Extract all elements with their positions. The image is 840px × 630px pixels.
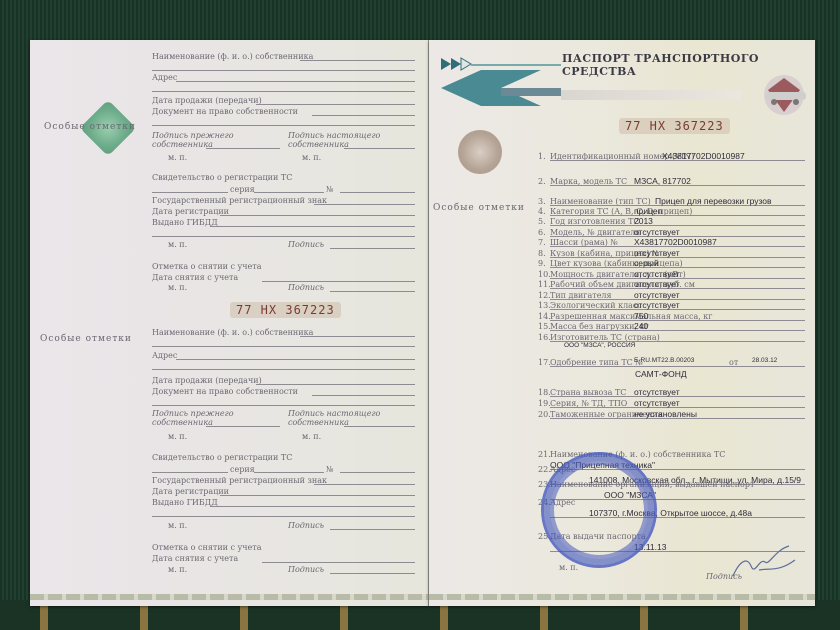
field-number: 11. — [538, 280, 551, 289]
field-number: 15. — [538, 322, 551, 331]
field-number: 1. — [538, 152, 546, 161]
field-value: отсутствует — [634, 387, 680, 397]
approval-date: 28.03.12 — [752, 357, 777, 364]
field-number: 18. — [538, 388, 551, 397]
field-value: отсутствует — [634, 300, 680, 310]
field-value: серый — [634, 258, 659, 268]
field-value: X43817702D0010987 — [634, 237, 717, 247]
field-value: отсутствует — [634, 248, 680, 258]
field-value: X43817702D0010987 — [662, 151, 745, 161]
field-value: ООО "МЗСА", РОССИЯ — [564, 342, 635, 349]
field-number: 2. — [538, 177, 546, 186]
blue-stamp-icon — [541, 452, 657, 568]
special-marks-label-2: Особые отметки — [40, 334, 132, 344]
signature-icon — [729, 542, 799, 582]
field-value: прицеп — [634, 206, 662, 216]
field-number: 13. — [538, 301, 551, 310]
serial-number: 77 НХ 367223 — [230, 302, 341, 318]
field-number: 4. — [538, 207, 546, 216]
field-value: Прицеп для перевозки грузов — [655, 196, 772, 206]
field-value: 240 — [634, 321, 648, 331]
owner-name-label: Наименование (ф. и. о.) собственника — [152, 52, 313, 61]
field-number: 19. — [538, 399, 551, 408]
field-number: 6. — [538, 228, 546, 237]
field-number: 21. — [538, 450, 551, 459]
field-value: не установлены — [634, 409, 697, 419]
reg-date-label: Дата регистрации — [152, 207, 229, 216]
address-label: Адрес — [152, 73, 177, 82]
field-value: 750 — [634, 311, 648, 321]
car-emblem-icon — [760, 72, 810, 118]
field-number: 5. — [538, 217, 546, 226]
field-value: отсутствует — [634, 279, 680, 289]
ownership-doc-label: Документ на право собственности — [152, 107, 298, 116]
certification-body: САМТ-ФОНД — [635, 369, 687, 379]
field-value: отсутствует — [634, 227, 680, 237]
special-marks-label: Особые отметки — [44, 122, 136, 132]
field-number: 16. — [538, 333, 551, 342]
field-number: 20. — [538, 410, 551, 419]
field-value: отсутствует — [634, 269, 680, 279]
sale-date-label: Дата продажи (передачи) — [152, 96, 262, 105]
field-value: МЗСА, 817702 — [634, 176, 691, 186]
issued-by-label: Выдано ГИБДД — [152, 218, 218, 227]
left-page: Особые отметки Особые отметки Наименован… — [30, 40, 428, 606]
field-number: 22. — [538, 465, 551, 474]
field-value: отсутствует — [634, 398, 680, 408]
field-number: 9. — [538, 259, 546, 268]
field-number: 10. — [538, 270, 551, 279]
curr-owner-sig-label: Подпись настоящего — [288, 131, 380, 140]
field-value: E-RU.MT22.B.00203 — [634, 357, 694, 364]
field-number: 17. — [538, 358, 551, 367]
dereg-label: Отметка о снятии с учета — [152, 262, 261, 271]
prev-owner-sig-label: Подпись прежнего — [152, 131, 234, 140]
field-number: 12. — [538, 291, 551, 300]
field-number: 14. — [538, 312, 551, 321]
reg-certificate-label: Свидетельство о регистрации ТС — [152, 173, 292, 182]
right-page: ПАСПОРТ ТРАНСПОРТНОГО СРЕДСТВА 77 НХ 367… — [429, 40, 815, 606]
field-number: 3. — [538, 197, 546, 206]
field-value: 2013 — [634, 216, 653, 226]
security-band — [30, 594, 428, 600]
field-value: отсутствует — [634, 290, 680, 300]
coat-of-arms-icon — [458, 130, 502, 174]
field-number: 7. — [538, 238, 546, 247]
arrow-pattern-icon — [441, 56, 561, 112]
plate-label: Государственный регистрационный знак — [152, 196, 327, 205]
dereg-date-label: Дата снятия с учета — [152, 273, 238, 282]
field-number: 8. — [538, 249, 546, 258]
